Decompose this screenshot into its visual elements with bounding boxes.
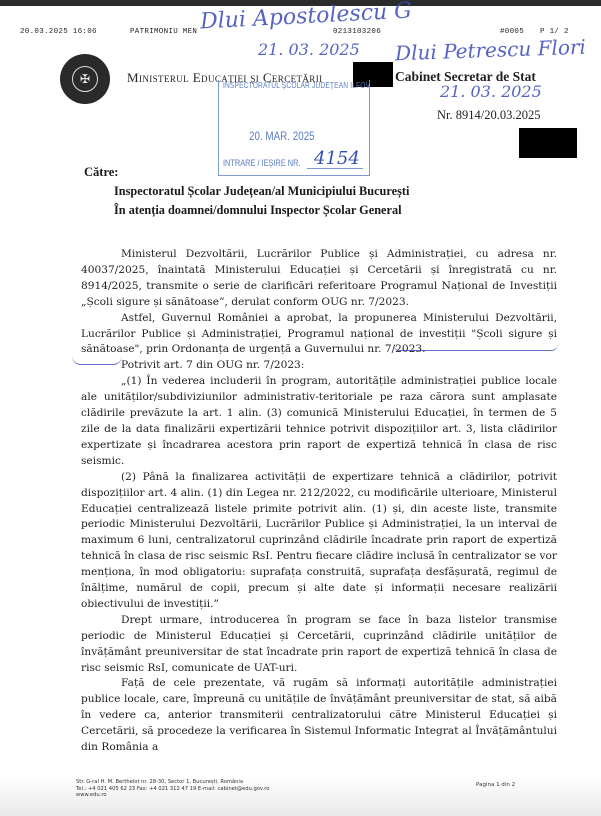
paragraph-quote-1: „(1) În vederea includerii în program, a… [81, 374, 557, 469]
handwritten-date-top: 21. 03. 2025 [258, 40, 360, 59]
recipient-institution: Inspectoratul Școlar Județean/al Municip… [114, 184, 409, 199]
paragraph-program: Astfel, Guvernul României a aprobat, la … [81, 311, 557, 359]
footer-contact: Str. G-ral H. M. Berthelot nr. 28-30, Se… [76, 779, 269, 799]
stamp-header: INSPECTORATUL ȘCOLAR JUDEȚEAN ILFOV [223, 80, 370, 90]
footer-address: Str. G-ral H. M. Berthelot nr. 28-30, Se… [76, 779, 269, 786]
footer-phone-email: Tel.: +4 021 405 62 23 Fax: +4 021 312 4… [76, 786, 269, 793]
redaction-box [519, 128, 577, 158]
fax-sender: PATRIMONIU MEN [130, 28, 197, 36]
registration-number: Nr. 8914/20.03.2025 [437, 108, 540, 123]
page-number: Pagina 1 din 2 [476, 782, 515, 788]
paragraph-consequence: Drept urmare, introducerea în program se… [81, 613, 557, 677]
fax-job-number: #0005 [500, 28, 524, 36]
stamp-label: INTRARE / IEȘIRE NR. [223, 158, 301, 168]
cabinet-title: Cabinet Secretar de Stat [395, 69, 536, 85]
paragraph-article-ref: Potrivit art. 7 din OUG nr. 7/2023: [81, 358, 557, 374]
handwritten-underline [72, 356, 122, 365]
government-seal-icon: ✠ [60, 54, 110, 104]
recipient-label: Către: [84, 165, 118, 180]
paragraph-intro: Ministerul Dezvoltării, Lucrărilor Publi… [81, 247, 557, 311]
paragraph-quote-2: (2) Până la finalizarea activității de e… [81, 470, 557, 613]
fax-datetime: 20.03.2025 16:06 [20, 28, 97, 36]
fax-phone: 0213103206 [333, 28, 381, 36]
eagle-crest-icon: ✠ [72, 66, 98, 92]
paragraph-request: Față de cele prezentate, vă rugăm să inf… [81, 676, 557, 756]
registration-stamp: INSPECTORATUL ȘCOLAR JUDEȚEAN ILFOV 20. … [218, 80, 370, 176]
stamp-date: 20. MAR. 2025 [249, 129, 315, 143]
stamp-number: 4154 [314, 148, 360, 169]
recipient-attention: În atenția doamnei/domnului Inspector Șc… [114, 203, 402, 218]
letter-body: Ministerul Dezvoltării, Lucrărilor Publi… [81, 247, 557, 756]
footer-website: www.edu.ro [76, 792, 269, 799]
handwritten-underline [393, 344, 558, 351]
stamp-number-line [307, 168, 363, 169]
handwritten-addressee-right: Dlui Petrescu Flori [395, 35, 587, 66]
